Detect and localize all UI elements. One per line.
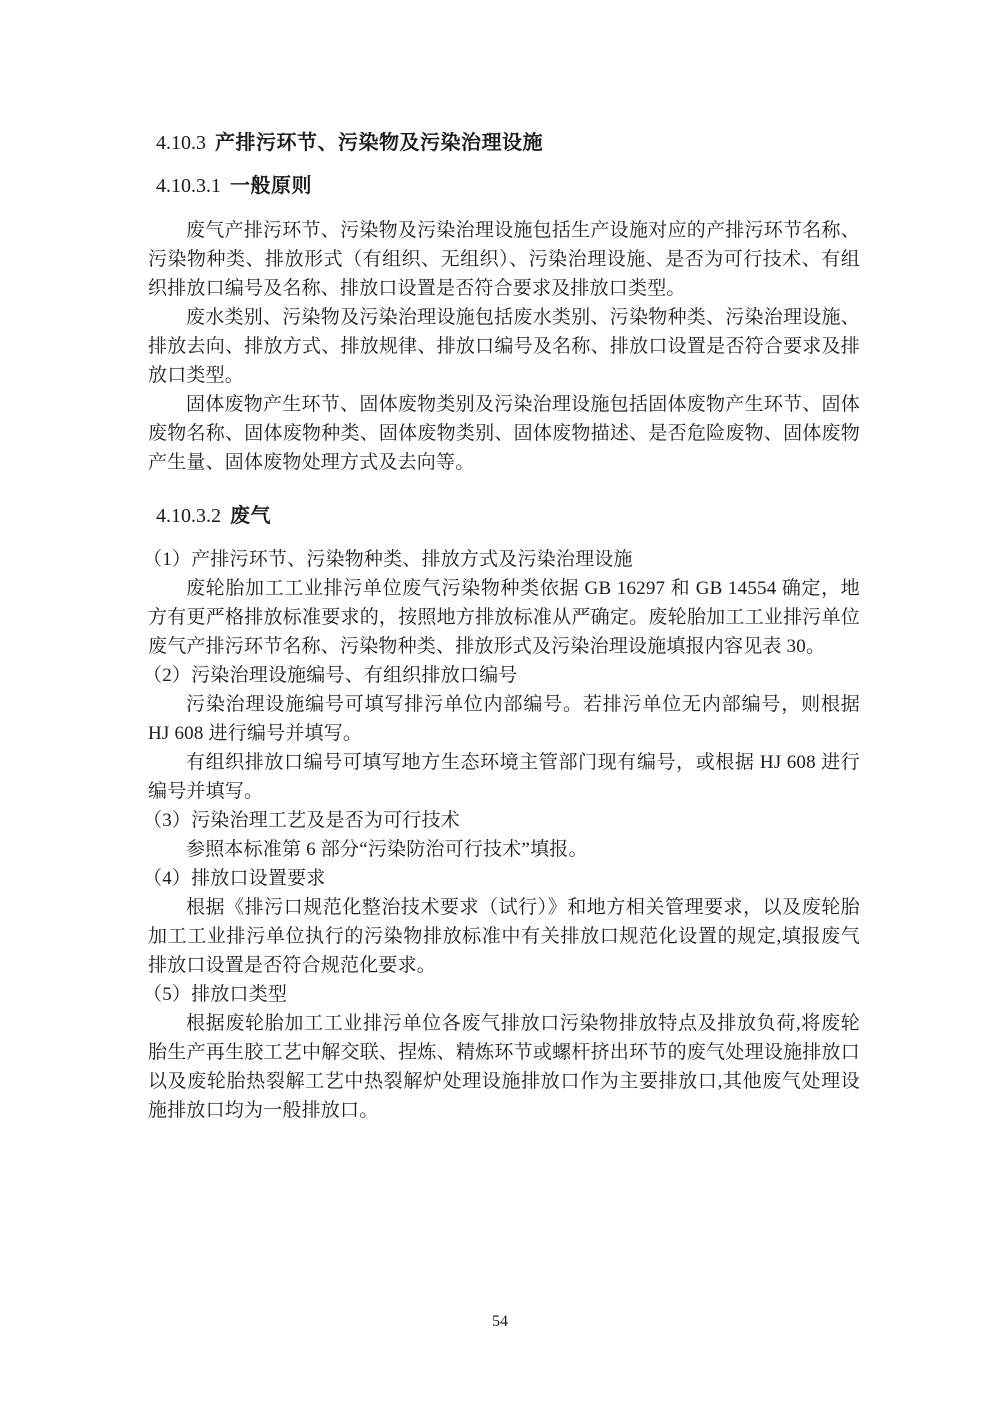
heading-4-10-3-1-number: 4.10.3.1 xyxy=(156,175,221,197)
heading-4-10-3-number: 4.10.3 xyxy=(156,132,206,154)
list-item-3-paragraph: 参照本标准第 6 部分“污染防治可行技术”填报。 xyxy=(148,835,860,864)
list-item-2-label: （2）污染治理设施编号、有组织排放口编号 xyxy=(143,661,860,690)
heading-4-10-3-2-title: 废气 xyxy=(230,505,271,527)
list-item-1-paragraph: 废轮胎加工工业排污单位废气污染物种类依据 GB 16297 和 GB 14554… xyxy=(148,574,860,661)
heading-4-10-3-1-title: 一般原则 xyxy=(230,175,312,197)
page-content: 4.10.3产排污环节、污染物及污染治理设施 4.10.3.1一般原则 废气产排… xyxy=(148,130,860,1125)
list-item-2-paragraph-1: 污染治理设施编号可填写排污单位内部编号。若排污单位无内部编号，则根据 HJ 60… xyxy=(148,690,860,748)
list-item-3-label: （3）污染治理工艺及是否为可行技术 xyxy=(143,806,860,835)
heading-4-10-3-title: 产排污环节、污染物及污染治理设施 xyxy=(215,132,543,154)
heading-4-10-3-2: 4.10.3.2废气 xyxy=(156,503,860,529)
list-item-2-paragraph-2: 有组织排放口编号可填写地方生态环境主管部门现有编号，或根据 HJ 608 进行编… xyxy=(148,748,860,806)
heading-4-10-3-1: 4.10.3.1一般原则 xyxy=(156,173,860,199)
paragraph-general-solid-waste: 固体废物产生环节、固体废物类别及污染治理设施包括固体废物产生环节、固体废物名称、… xyxy=(148,390,860,477)
list-item-5-paragraph: 根据废轮胎加工工业排污单位各废气排放口污染物排放特点及排放负荷,将废轮胎生产再生… xyxy=(148,1009,860,1125)
list-item-4-paragraph: 根据《排污口规范化整治技术要求（试行）》和地方相关管理要求，以及废轮胎加工工业排… xyxy=(148,893,860,980)
heading-4-10-3-2-number: 4.10.3.2 xyxy=(156,505,221,527)
paragraph-general-waste-gas: 废气产排污环节、污染物及污染治理设施包括生产设施对应的产排污环节名称、污染物种类… xyxy=(148,216,860,303)
page-footer: 54 xyxy=(0,1312,1000,1332)
list-item-4-label: （4）排放口设置要求 xyxy=(143,864,860,893)
list-item-1-label: （1）产排污环节、污染物种类、排放方式及污染治理设施 xyxy=(143,545,860,574)
list-item-5-label: （5）排放口类型 xyxy=(143,980,860,1009)
page-number: 54 xyxy=(492,1313,508,1330)
paragraph-general-waste-water: 废水类别、污染物及污染治理设施包括废水类别、污染物种类、污染治理设施、排放去向、… xyxy=(148,303,860,390)
document-page: 4.10.3产排污环节、污染物及污染治理设施 4.10.3.1一般原则 废气产排… xyxy=(0,0,1000,1414)
heading-4-10-3: 4.10.3产排污环节、污染物及污染治理设施 xyxy=(156,130,860,156)
